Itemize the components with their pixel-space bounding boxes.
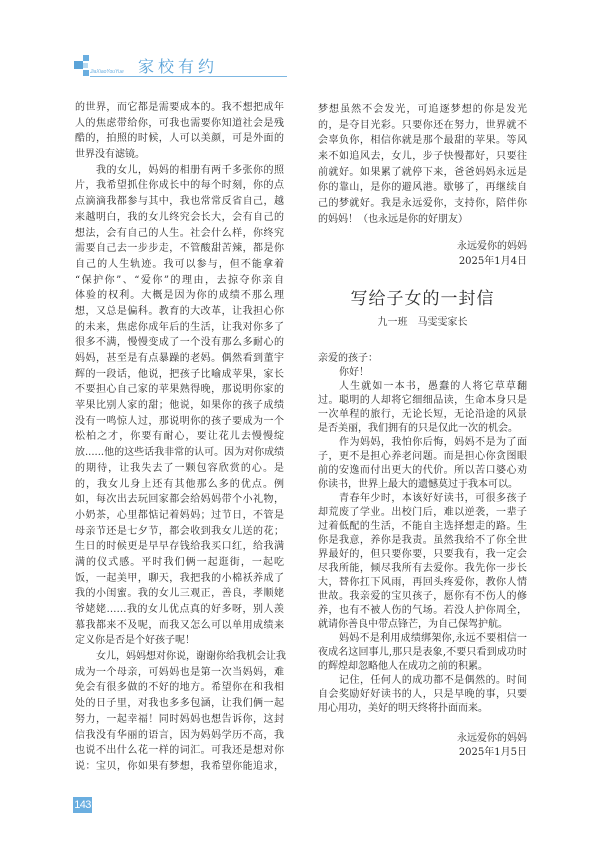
magazine-page: JiaXiaoYouYue 家校有约 的世界，而它都是需要成本的。我不想把成年人… xyxy=(0,0,600,849)
text-line: 你是我意，养你是我责。虽然我给不了你全世 xyxy=(318,534,527,548)
text-line: 子，更不是担心养老问题。而是担心你贪图眼 xyxy=(318,450,527,464)
text-line: 饭，一起美甲，聊天，我把我的小棉袄养成了 xyxy=(75,571,284,587)
text-line: 妈妈不是利用成绩绑架你,永远不要相信一 xyxy=(318,632,527,646)
text-line: 我的小闺蜜。我的女儿三观正，善良，孝顺姥 xyxy=(75,586,284,602)
text-line: 却荒废了学业。出校门后，难以逆袭，一辈子 xyxy=(318,506,527,520)
text-line: 很多不满，慢慢变成了一个没有那么多耐心的 xyxy=(75,335,284,351)
text-line: 妈妈，甚至是有点暴躁的老妈。偶然看到董宇 xyxy=(75,351,284,367)
text-line: 如，每次出去玩回家都会给妈妈带个小礼物， xyxy=(75,492,284,508)
text-line: 片，我希望抓住你成长中的每个时刻，你的点 xyxy=(75,178,284,194)
text-line: 过。聪明的人却将它细细品读，生命本身只是 xyxy=(318,394,527,408)
text-line: 养，也有不被人伤的气场。若没人护你周全， xyxy=(318,604,527,618)
text-line: 点滴滴我都参与其中，我也常常反省自己，越 xyxy=(75,194,284,210)
text-line: 辉的一段话，他说，把孩子比喻成苹果，家长 xyxy=(75,367,284,383)
text-line: 不要担心自己家的苹果熟得晚，那说明你家的 xyxy=(75,382,284,398)
paragraph: 你好！ xyxy=(318,366,527,380)
text-line: 定义你是否是个好孩子呢！ xyxy=(75,633,284,649)
text-line: 世故。我亲爱的宝贝孩子，愿你有不伤人的修 xyxy=(318,590,527,604)
text-line: 女儿，妈妈想对你说，谢谢你给我机会让我 xyxy=(75,649,284,665)
signature-date: 2025年1月4日 xyxy=(318,254,527,269)
text-line: 尽我所能，倾尽我所有去爱你。我先你一步长 xyxy=(318,562,527,576)
text-line: 青春年少时，本该好好读书，可很多孩子 xyxy=(318,492,527,506)
article-title: 写给子女的一封信 xyxy=(318,289,527,310)
text-line: 也说不出什么花一样的词汇。可我还是想对你 xyxy=(75,743,284,759)
text-line: 松柏之才，你要有耐心，要让花儿去慢慢绽 xyxy=(75,429,284,445)
paragraph: 记住，任何人的成功都不是偶然的。时间自会奖励好好读书的人，只是早晚的事，只要用心… xyxy=(318,674,527,716)
text-line: 需要自己去一步步走，不管酸甜苦辣，都是你 xyxy=(75,241,284,257)
text-line: 没有一鸣惊人过，那说明你的孩子要成为一个 xyxy=(75,414,284,430)
text-line: 的辉煌却忽略他人在成功之前的积累。 xyxy=(318,660,527,674)
text-line: 来不如追风去，女儿，步子快慢都好，只要往 xyxy=(318,149,527,165)
text-line: 自会奖励好好读书的人，只是早晚的事，只要 xyxy=(318,688,527,702)
signature-signoff: 永远爱你的妈妈 xyxy=(318,732,527,746)
paragraph: 女儿，妈妈想对你说，谢谢你给我机会让我成为一个母亲，可妈妈也是第一次当妈妈，难免… xyxy=(75,649,284,775)
text-line: 小奶茶，心里都惦记着妈妈；过节日，不管是 xyxy=(75,508,284,524)
text-line: 前的安逸而付出更大的代价。所以苦口婆心劝 xyxy=(318,464,527,478)
section-logo-icon xyxy=(73,54,89,77)
logo-square xyxy=(83,55,89,61)
section-pinyin: JiaXiaoYouYue xyxy=(90,69,124,75)
text-line: 的妈妈！（也永远是你的好朋友） xyxy=(318,212,527,228)
text-line: 一次单程的旅行，无论长短，无论沿途的风景 xyxy=(318,408,527,422)
letter2-signature: 永远爱你的妈妈 2025年1月5日 xyxy=(318,732,527,759)
section-title: 家校有约 xyxy=(138,57,218,76)
text-line: 就请你善良中带点锋芒，为自己保驾护航。 xyxy=(318,618,527,632)
paragraph: 青春年少时，本该好好读书，可很多孩子却荒废了学业。出校门后，难以逆袭，一辈子过着… xyxy=(318,492,527,632)
text-line: 苹果比别人家的甜；他说，如果你的孩子成绩 xyxy=(75,398,284,414)
text-line: 的未来，焦虑你成年后的生活，让我对你多了 xyxy=(75,320,284,336)
paragraph: 亲爱的孩子： xyxy=(318,352,527,366)
text-line: 用心用功，美好的明天终将扑面而来。 xyxy=(318,702,527,716)
logo-square xyxy=(83,63,88,68)
text-line: 前就好。如果累了就停下来，爸爸妈妈永远是 xyxy=(318,165,527,181)
text-line: 成为一个母亲，可妈妈也是第一次当妈妈，难 xyxy=(75,665,284,681)
letter1-signature: 永远爱你的妈妈 2025年1月4日 xyxy=(318,239,527,269)
text-line: 酷的，拍照的时候，人可以美颜，可是外面的 xyxy=(75,131,284,147)
article-byline: 九一班 马雯雯家长 xyxy=(318,316,527,329)
header-divider xyxy=(90,76,287,77)
text-line: 处的日子里，对我也多多包涵，让我们俩一起 xyxy=(75,696,284,712)
text-line: 生日的时候更是早早存钱给我买口红，给我满 xyxy=(75,539,284,555)
signature-date: 2025年1月5日 xyxy=(318,746,527,760)
text-line: 想，又总是偏科。教育的大改革，让我担心你 xyxy=(75,304,284,320)
text-line: 你好！ xyxy=(318,366,527,380)
text-line: 爷姥姥……我的女儿优点真的好多呀，别人羡 xyxy=(75,602,284,618)
text-line: 体验的权利。大概是因为你的成绩不那么理 xyxy=(75,288,284,304)
right-column-letter1-end: 梦想虽然不会发光，可追逐梦想的你是发光的，是夺目光彩。只要你还在努力，世界就不会… xyxy=(318,102,527,228)
text-line: 会辜负你，相信你就是那个最甜的苹果。等风 xyxy=(318,133,527,149)
paragraph: 我的女儿，妈妈的相册有两千多张你的照片，我希望抓住你成长中的每个时刻，你的点点滴… xyxy=(75,163,284,649)
text-line: 我的女儿，妈妈的相册有两千多张你的照 xyxy=(75,163,284,179)
text-line: 人的焦虑带给你，可我也需要你知道社会是残 xyxy=(75,116,284,132)
text-line: 想法，会有自己的人生。社会什么样，你终究 xyxy=(75,226,284,242)
paragraph: 梦想虽然不会发光，可追逐梦想的你是发光的，是夺目光彩。只要你还在努力，世界就不会… xyxy=(318,102,527,228)
text-line: 人生就如一本书，愚蠢的人将它草草翻 xyxy=(318,380,527,394)
text-line: 自己的人生轨迹。我可以参与，但不能拿着 xyxy=(75,257,284,273)
text-line: 记住，任何人的成功都不是偶然的。时间 xyxy=(318,674,527,688)
text-line: 的，我女儿身上还有其他那么多的优点。例 xyxy=(75,477,284,493)
text-line: 免会有很多做的不好的地方。希望你在和我相 xyxy=(75,680,284,696)
text-line: 界最好的，但只要你要，只要我有，我一定会 xyxy=(318,548,527,562)
text-line: 大，替你扛下风雨，再回头疼爱你，教你人情 xyxy=(318,576,527,590)
text-line: “保护你”、“爱你”的理由，去掠夺你亲自 xyxy=(75,273,284,289)
left-column-text: 的世界，而它都是需要成本的。我不想把成年人的焦虑带给你，可我也需要你知道社会是残… xyxy=(75,100,284,775)
text-line: 说：宝贝，你如果有梦想，我希望你能追求， xyxy=(75,759,284,775)
paragraph: 妈妈不是利用成绩绑架你,永远不要相信一夜成名这回事儿,那只是表象,不要只看到成功… xyxy=(318,632,527,674)
text-line: 努力，一起幸福！同时妈妈也想告诉你，这封 xyxy=(75,712,284,728)
text-line: 母亲节还是七夕节，都会收到我女儿送的花； xyxy=(75,524,284,540)
text-line: 世界没有滤镜。 xyxy=(75,147,284,163)
text-line: 放......他的这些话我非常的认可。因为对你成绩 xyxy=(75,445,284,461)
text-line: 的期待，让我失去了一颗包容欣赏的心。是 xyxy=(75,461,284,477)
text-line: 慕我都来不及呢，而我又怎么可以单用成绩来 xyxy=(75,618,284,634)
text-line: 过着低配的生活，不能自主选择想走的路。生 xyxy=(318,520,527,534)
text-line: 夜成名这回事儿,那只是表象,不要只看到成功时 xyxy=(318,646,527,660)
paragraph: 人生就如一本书，愚蠢的人将它草草翻过。聪明的人却将它细细品读，生命本身只是一次单… xyxy=(318,380,527,436)
text-line: 作为妈妈，我怕你后悔，妈妈不是为了面 xyxy=(318,436,527,450)
logo-square xyxy=(83,70,89,76)
page-number: 143 xyxy=(73,797,92,813)
text-line: 亲爱的孩子： xyxy=(318,352,527,366)
paragraph: 作为妈妈，我怕你后悔，妈妈不是为了面子，更不是担心养老问题。而是担心你贪图眼前的… xyxy=(318,436,527,492)
text-line: 是否美丽，我们拥有的只是仅此一次的机会。 xyxy=(318,422,527,436)
text-line: 信我没有华丽的语言，因为妈妈学历不高，我 xyxy=(75,728,284,744)
text-line: 己的梦就好。我是永远爱你，支持你，陪伴你 xyxy=(318,196,527,212)
signature-signoff: 永远爱你的妈妈 xyxy=(318,239,527,254)
text-line: 的，是夺目光彩。只要你还在努力，世界就不 xyxy=(318,118,527,134)
text-line: 来越明白，我的女儿终究会长大，会有自己的 xyxy=(75,210,284,226)
text-line: 的世界，而它都是需要成本的。我不想把成年 xyxy=(75,100,284,116)
text-line: 你的靠山，是你的避风港。歇够了，再继续自 xyxy=(318,180,527,196)
text-line: 满的仪式感。平时我们俩一起逛街，一起吃 xyxy=(75,555,284,571)
text-line: 你读书，世界上最大的遗憾莫过于我本可以。 xyxy=(318,478,527,492)
paragraph: 的世界，而它都是需要成本的。我不想把成年人的焦虑带给你，可我也需要你知道社会是残… xyxy=(75,100,284,163)
logo-square xyxy=(74,61,83,69)
text-line: 梦想虽然不会发光，可追逐梦想的你是发光 xyxy=(318,102,527,118)
letter2-body: 亲爱的孩子：你好！人生就如一本书，愚蠢的人将它草草翻过。聪明的人却将它细细品读，… xyxy=(318,352,527,716)
